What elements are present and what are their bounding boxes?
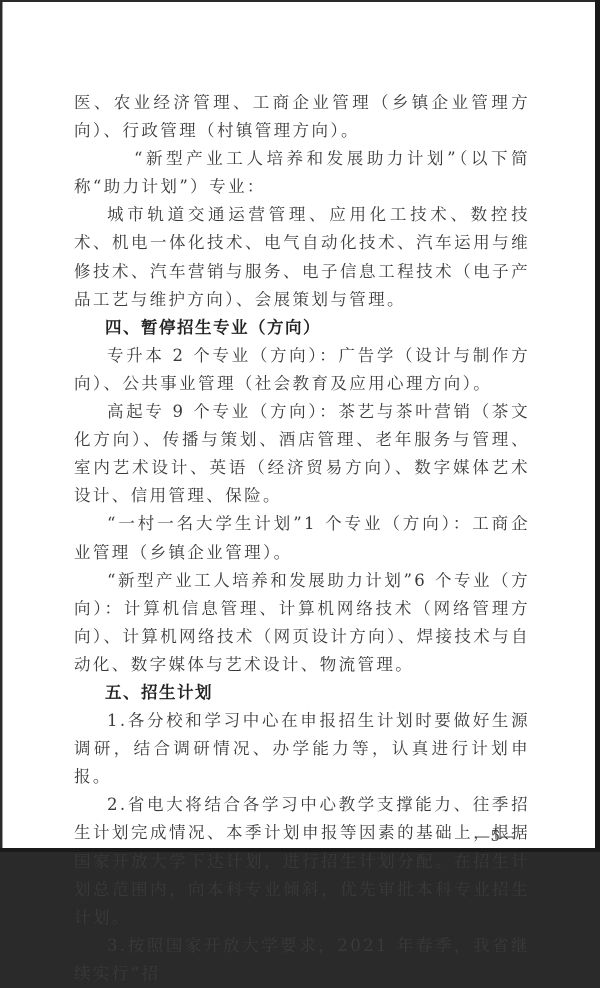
scan-edge-right [595, 0, 600, 852]
paragraph-assist-plan-intro: “新型产业工人培养和发展助力计划”（以下简称“助力计划”）专业： [74, 145, 530, 201]
paragraph-village-plan-majors: “一村一名大学生计划”1 个专业（方向）：工商企业管理（乡镇企业管理）。 [74, 510, 530, 566]
paragraph-junior-college-majors: 高起专 9 个专业（方向）：茶艺与茶叶营销（茶文化方向）、传播与策划、酒店管理、… [74, 398, 530, 510]
document-body: 医、农业经济管理、工商企业管理（乡镇企业管理方向）、行政管理（村镇管理方向）。 … [74, 89, 530, 852]
document-page: 医、农业经济管理、工商企业管理（乡镇企业管理方向）、行政管理（村镇管理方向）。 … [2, 2, 596, 848]
section-heading-enrollment-plan: 五、招生计划 [74, 679, 530, 707]
paragraph-continuation: 医、农业经济管理、工商企业管理（乡镇企业管理方向）、行政管理（村镇管理方向）。 [74, 89, 530, 145]
section-heading-suspended-majors: 四、暂停招生专业（方向） [74, 314, 530, 342]
scan-edge-bottom [0, 848, 600, 852]
paragraph-upgrade-majors: 专升本 2 个专业（方向）：广告学（设计与制作方向）、公共事业管理（社会教育及应… [74, 342, 530, 398]
paragraph-worker-plan-majors: “新型产业工人培养和发展助力计划”6 个专业（方向）：计算机信息管理、计算机网络… [74, 567, 530, 679]
paragraph-assist-plan-majors: 城市轨道交通运营管理、应用化工技术、数控技术、机电一体化技术、电气自动化技术、汽… [74, 201, 530, 313]
paragraph-plan-item-1: 1.各分校和学习中心在申报招生计划时要做好生源调研，结合调研情况、办学能力等，认… [74, 707, 530, 791]
page-number: —5— [475, 827, 516, 845]
paragraph-plan-item-2: 2.省电大将结合各学习中心教学支撑能力、往季招生计划完成情况、本季计划申报等因素… [74, 791, 530, 852]
